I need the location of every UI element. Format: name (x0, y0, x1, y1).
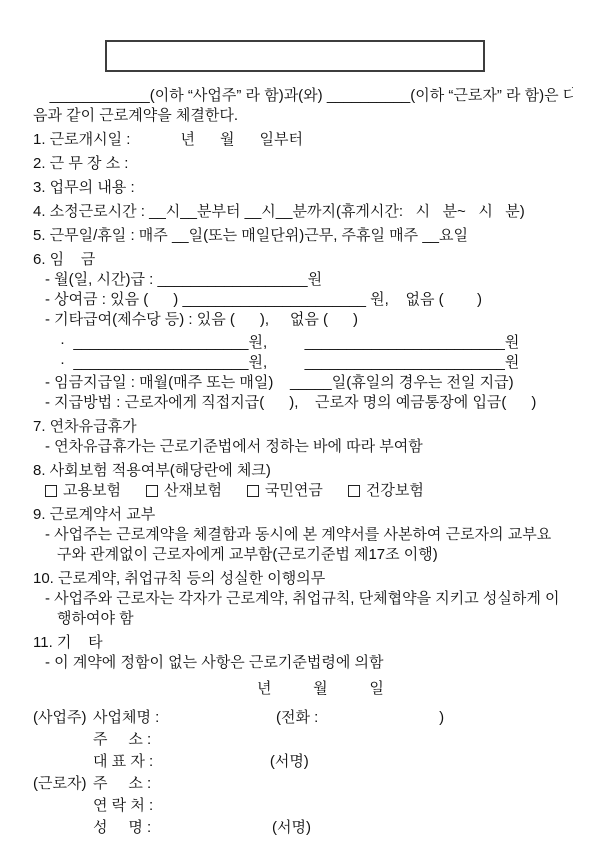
contract-delivery-line-1: - 사업주는 근로계약을 체결함과 동시에 본 계약서를 사본하여 근로자의 교… (33, 525, 573, 545)
employer-name-field: 사업체명 : (전화 : ) (93, 707, 444, 729)
contract-date-line: 년 월 일 (33, 679, 573, 699)
worker-name-field: 성 명 : (서명) (93, 817, 311, 839)
wage-amount-line: - 월(일, 시간)급 : __________________원 (33, 270, 573, 290)
other-benefits-line: - 기타급여(제수당 등) : 있음 ( ), 없음 ( ) (33, 310, 573, 330)
clause-4-working-hours: 4. 소정근로시간 : __시__분부터 __시__분까지(휴게시간: 시 분~… (33, 202, 573, 222)
clause-1-start-date: 1. 근로개시일 : 년 월 일부터 (33, 130, 573, 150)
clause-5-working-days: 5. 근무일/휴일 : 매주 __일(또는 매일단위)근무, 주휴일 매주 __… (33, 226, 573, 246)
worker-address-row: (근로자) 주 소 : (33, 773, 573, 795)
clause-2-workplace: 2. 근 무 장 소 : (33, 154, 573, 174)
employer-prefix: (사업주) (33, 707, 93, 729)
clause-11-misc-heading: 11. 기 타 (33, 633, 573, 653)
industrial-accident-insurance-label: 산재보험 (164, 481, 222, 501)
contract-page: 표준근로계약서(기간의 정함이 없는 경우) ____________(이하 “… (0, 0, 589, 843)
document-body: ____________(이하 “사업주” 라 함)과(와) _________… (0, 72, 589, 839)
misc-body: - 이 계약에 정함이 없는 사항은 근로기준법령에 의함 (33, 653, 573, 673)
national-pension-label: 국민연금 (265, 481, 323, 501)
employer-address-row: 주 소 : (33, 729, 573, 751)
employment-insurance-checkbox[interactable] (45, 485, 57, 497)
national-pension-checkbox[interactable] (247, 485, 259, 497)
employer-representative-row: 대 표 자 : (서명) (33, 751, 573, 773)
worker-name-row: 성 명 : (서명) (33, 817, 573, 839)
employer-name-row: (사업주) 사업체명 : (전화 : ) (33, 707, 573, 729)
worker-contact-row: 연 락 처 : (33, 795, 573, 817)
insurance-item-health: 건강보험 (348, 481, 424, 501)
worker-prefix: (근로자) (33, 773, 93, 795)
bonus-line: - 상여금 : 있음 ( ) ______________________ 원,… (33, 290, 573, 310)
other-benefits-blank-line-1: · _____________________원, ______________… (33, 333, 573, 353)
payday-line: - 임금지급일 : 매월(매주 또는 매일) _____일(휴일의 경우는 전일… (33, 373, 573, 393)
clause-8-social-insurance-heading: 8. 사회보험 적용여부(해당란에 체크) (33, 461, 573, 481)
contract-delivery-line-2: 구와 관계없이 근로자에게 교부함(근로기준법 제17조 이행) (33, 545, 573, 565)
intro-line-2: 음과 같이 근로계약을 체결한다. (33, 106, 573, 126)
worker-contact-field: 연 락 처 : (93, 795, 153, 817)
insurance-item-national-pension: 국민연금 (247, 481, 323, 501)
faithful-performance-line-2: 행하여야 함 (33, 609, 573, 629)
health-insurance-checkbox[interactable] (348, 485, 360, 497)
signature-block: (사업주) 사업체명 : (전화 : ) 주 소 : 대 표 자 : (서명) (33, 707, 573, 839)
annual-leave-body: - 연차유급휴가는 근로기준법에서 정하는 바에 따라 부여함 (33, 437, 573, 457)
clause-7-annual-leave-heading: 7. 연차유급휴가 (33, 417, 573, 437)
health-insurance-label: 건강보험 (366, 481, 424, 501)
document-title-box: 표준근로계약서(기간의 정함이 없는 경우) (105, 40, 485, 72)
employment-insurance-label: 고용보험 (63, 481, 121, 501)
clause-3-job-description: 3. 업무의 내용 : (33, 178, 573, 198)
employer-address-field: 주 소 : (93, 729, 151, 751)
insurance-item-employment: 고용보험 (45, 481, 121, 501)
industrial-accident-insurance-checkbox[interactable] (146, 485, 158, 497)
clause-9-contract-delivery-heading: 9. 근로계약서 교부 (33, 505, 573, 525)
clause-6-wage-heading: 6. 임 금 (33, 250, 573, 270)
insurance-item-industrial-accident: 산재보험 (146, 481, 222, 501)
other-benefits-blank-line-2: · _____________________원, ______________… (33, 353, 573, 373)
worker-address-field: 주 소 : (93, 773, 151, 795)
faithful-performance-line-1: - 사업주와 근로자는 각자가 근로계약, 취업규칙, 단체협약을 지키고 성실… (33, 589, 573, 609)
clause-10-faithful-performance-heading: 10. 근로계약, 취업규칙 등의 성실한 이행의무 (33, 569, 573, 589)
payment-method-line: - 지급방법 : 근로자에게 직접지급( ), 근로자 명의 예금통장에 입금(… (33, 393, 573, 413)
insurance-checkbox-row: 고용보험 산재보험 국민연금 건강보험 (33, 481, 573, 501)
intro-line-1: ____________(이하 “사업주” 라 함)과(와) _________… (33, 86, 573, 106)
employer-representative-field: 대 표 자 : (서명) (93, 751, 309, 773)
